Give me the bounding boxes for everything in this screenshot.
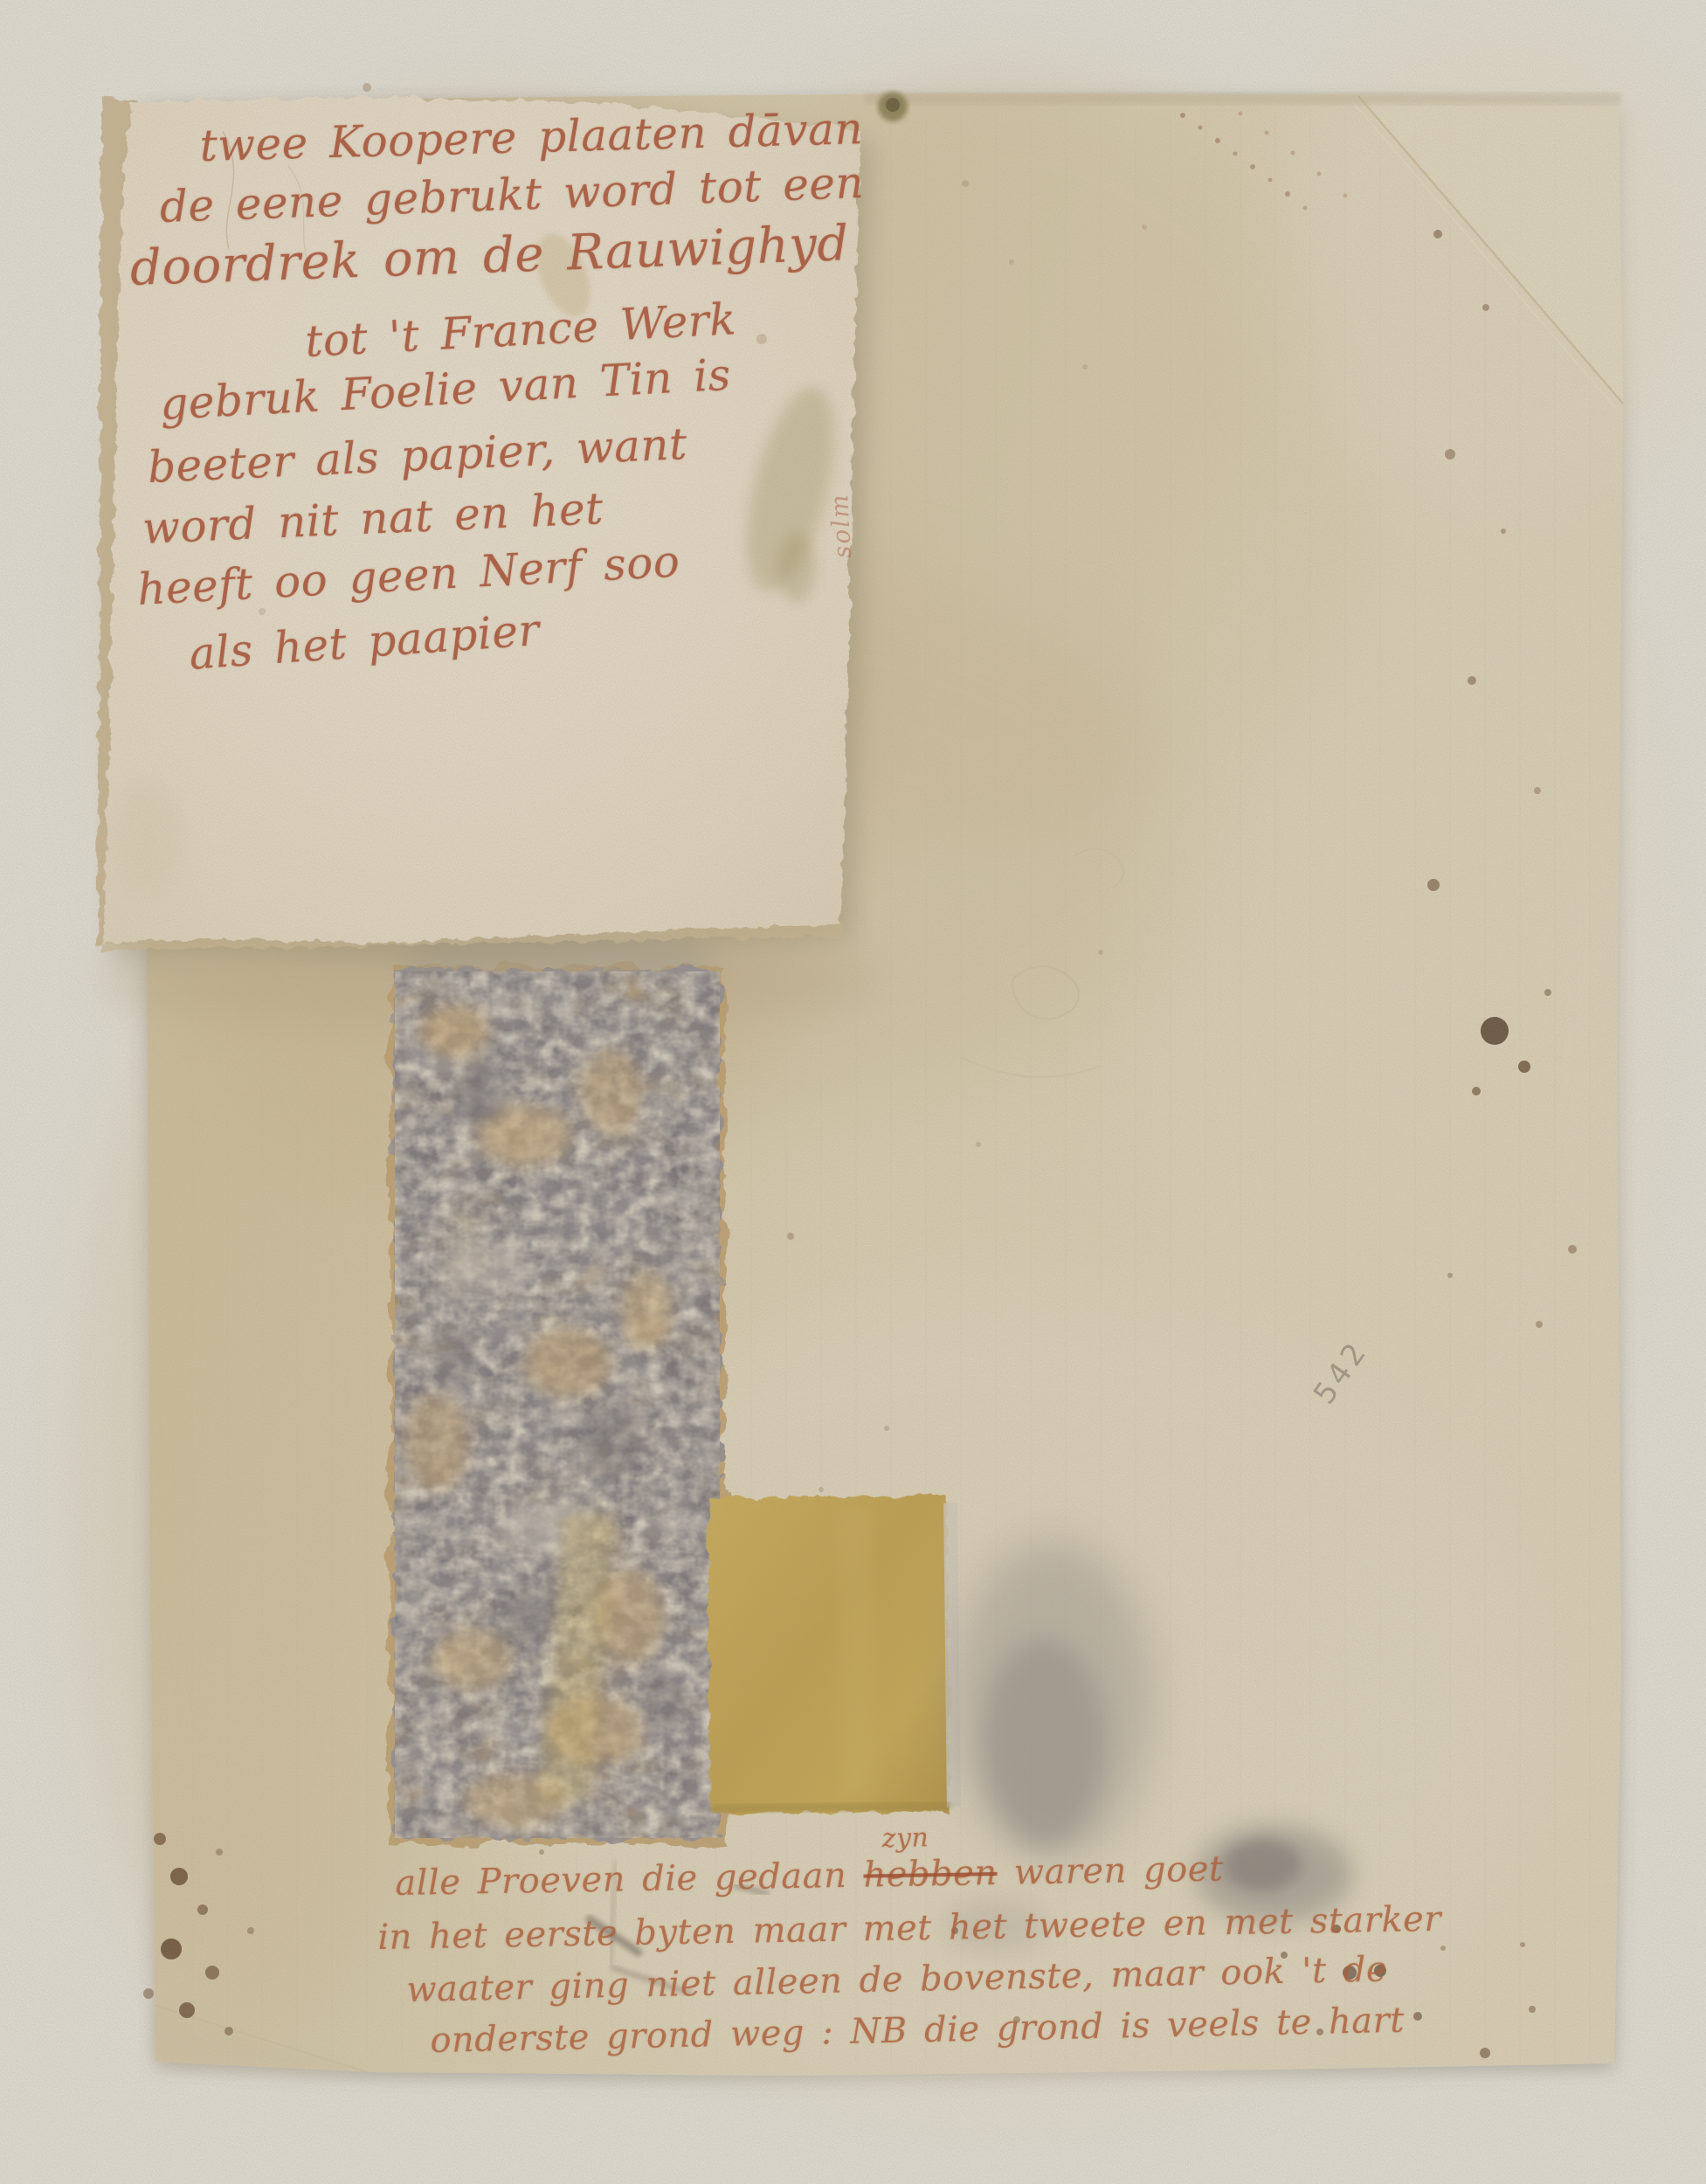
bottom-line1-struck-word: hebben — [863, 1853, 998, 1896]
bottom-line1-superscript: zyn — [881, 1825, 929, 1852]
bottom-line1-pre: alle Proeven die gedaan — [395, 1856, 864, 1904]
bottom-line1-correction: hebbenzyn — [863, 1856, 998, 1893]
scanned-document: twee Koopere plaaten dāvan de eene gebru… — [0, 0, 1706, 2184]
sideways-inscription: solm — [825, 493, 857, 559]
bottom-line1-post: waren goet — [997, 1849, 1224, 1893]
